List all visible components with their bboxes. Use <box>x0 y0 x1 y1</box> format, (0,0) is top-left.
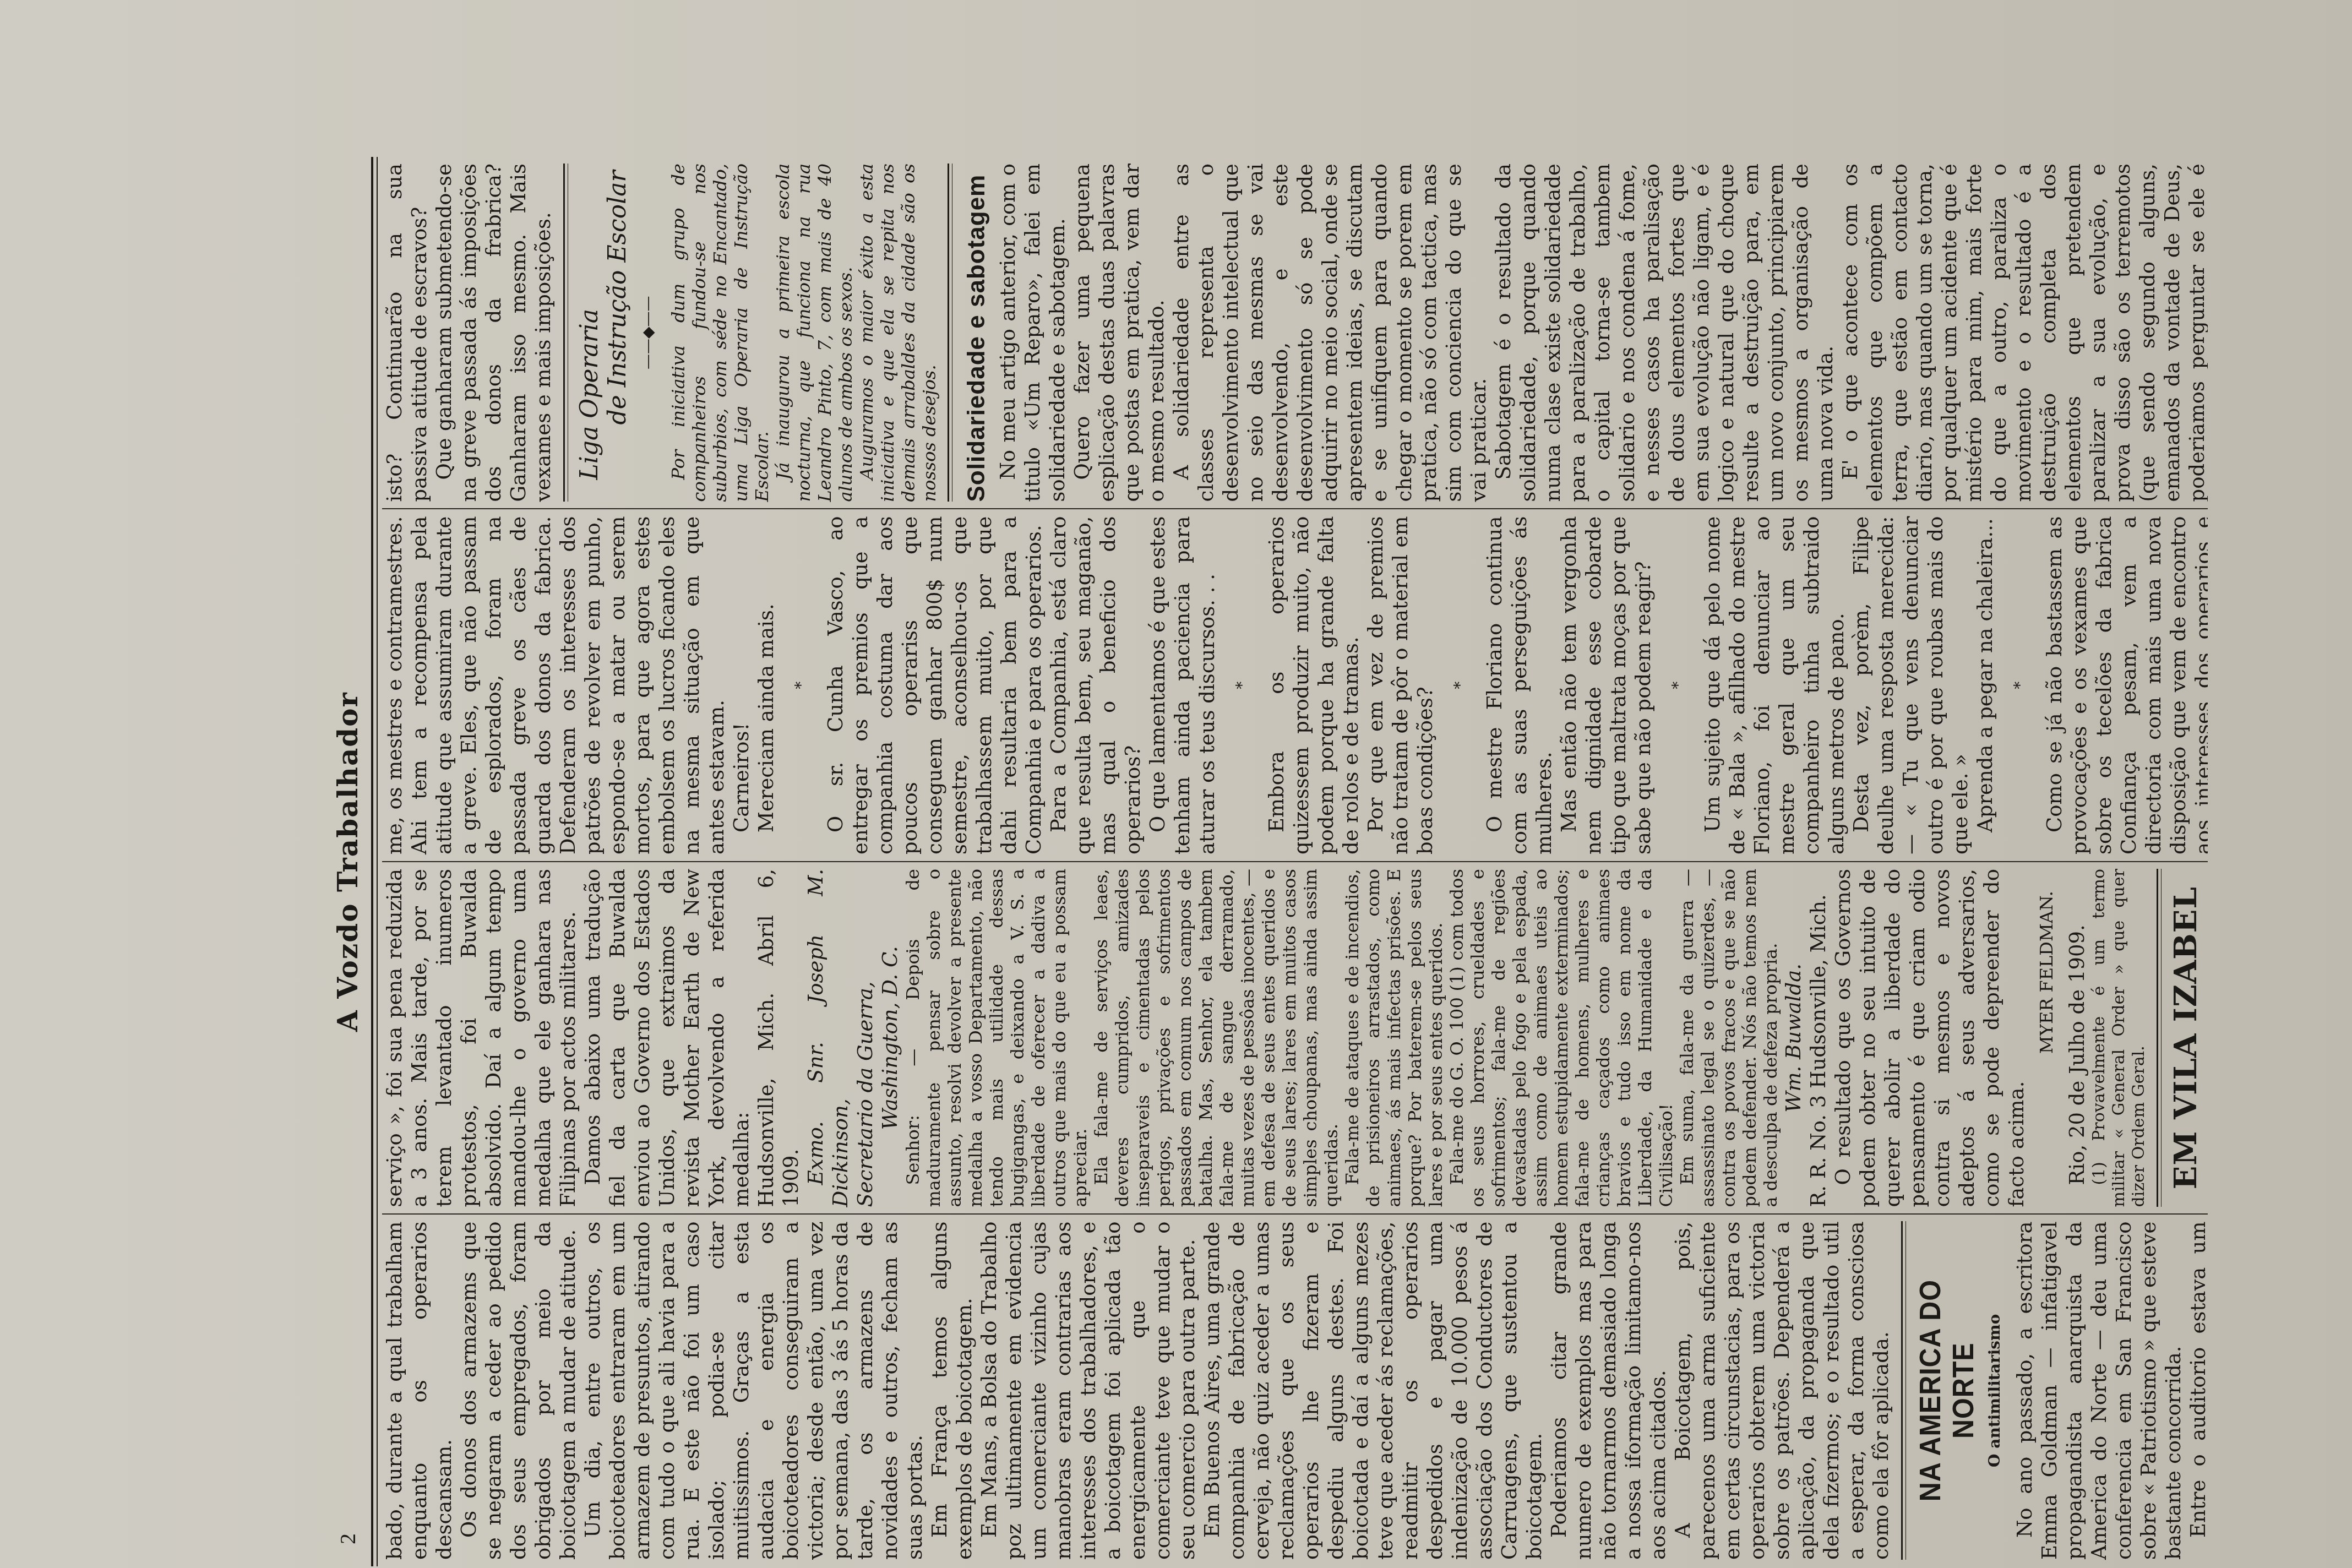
letter-paragraph: Senhor: — Depois de maduramente pensar s… <box>902 869 1091 1207</box>
article-divider <box>1901 1222 1906 1560</box>
letter-addressee: Washington, D. C. <box>878 869 902 1207</box>
paragraph: Continua peiorando cada vez mais a situa… <box>2204 869 2208 1207</box>
paragraph: Que ganharam submetendo-se na greve pass… <box>432 164 556 502</box>
paragraph: E' o que acontece com os elementos que c… <box>1838 164 2208 502</box>
letter-paragraph: Ela fala-me de serviços leaes, deveres c… <box>1091 869 1342 1207</box>
paragraph: Embora os operarios quizessem produzir m… <box>1264 516 1363 855</box>
section-divider <box>948 164 952 502</box>
footnote: (1) Provavelmente é um termo militar « G… <box>2089 869 2149 1207</box>
masthead-rule <box>371 157 378 1566</box>
paragraph: O sr. Cunha Vasco, ao entregar os premio… <box>823 516 1046 855</box>
paragraph: O que lamentamos é que estes tenham aind… <box>1145 516 1219 855</box>
headline-america-do-norte: NA AMERICA DO NORTE <box>1914 1238 1980 1543</box>
column-1: bado, durante a qual trabalham enquanto … <box>382 1214 2208 1567</box>
letter-addressee: Secretario da Guerra, <box>853 869 878 1207</box>
notice-paragraph: Já inaugurou a primeira escola nocturna,… <box>772 164 856 502</box>
star-separator: * <box>2007 516 2032 855</box>
paragraph: Em Buenos Aires, uma grande companhia de… <box>1200 1222 1547 1560</box>
newspaper-title: A Vozdo Trabalhador <box>331 157 364 1566</box>
paragraph: Em França temos alguns exemplos de boico… <box>927 1222 977 1560</box>
letter-place-date: Hudsonville, Mich. Abril 6, 1909. <box>754 869 803 1207</box>
paragraph: A solidariedade entre as classes represe… <box>1169 164 1491 502</box>
paragraph: Mas então não tem vergonha nem dignidade… <box>1556 516 1656 855</box>
paragraph: No ano passado, a escritora Emma Goldman… <box>2012 1222 2186 1560</box>
ornament-divider: ——◆—— <box>635 164 660 502</box>
paragraph: me, os mestres e contramestres. Ahi tem … <box>382 516 729 855</box>
section-divider <box>563 164 568 502</box>
letter-paragraph: Em suma, fala-me da guerra — assassinato… <box>1676 869 1781 1207</box>
paragraph: A Boicotagem, pois, parecenos uma arma s… <box>1670 1222 1893 1560</box>
letter-paragraph: Fala-me de ataques e de incendios, de pr… <box>1342 869 1446 1207</box>
star-separator: * <box>1447 516 1472 855</box>
letter-paragraph: Fala-me do G. O. 100 (1) com todos os se… <box>1446 869 1676 1207</box>
notice-subtitle: de Instrução Escolar <box>605 164 630 425</box>
letter-signature: Wm. Buwalda. <box>1781 869 1806 1207</box>
paragraph: Em Mans, a Bolsa do Trabalho poz ultimam… <box>977 1222 1200 1560</box>
paragraph: Um sujeito que dá pelo nome de « Bala »,… <box>1700 516 1849 855</box>
star-separator: * <box>1229 516 1254 855</box>
star-separator: * <box>788 516 813 855</box>
column-2: serviço », foi sua pena reduzida a 3 ano… <box>382 861 2208 1214</box>
column-4: isto? Continuarão na sua passiva atitude… <box>382 157 2208 509</box>
letter-addressee: Exmo. Snr. Joseph M. Dickinson, <box>803 869 853 1207</box>
paragraph: Por que em vez de premios não tratam de … <box>1363 516 1438 855</box>
paragraph: No meu artigo anterior, com o titulo «Um… <box>995 164 1070 502</box>
paragraph: Entre o auditorio estava um militar, o q… <box>2186 1222 2208 1560</box>
paragraph: Sabotagem é o resultado da solidariedade… <box>1491 164 1838 502</box>
columns: bado, durante a qual trabalham enquanto … <box>382 157 2208 1566</box>
paragraph: Poderiamos citar grande numero de exempl… <box>1547 1222 1670 1560</box>
paragraph: Aprenda a pegar na chaleira... <box>1973 516 1997 855</box>
paragraph: Como se já não bastassem as provocações … <box>2042 516 2208 855</box>
paragraph: bado, durante a qual trabalham enquanto … <box>382 1222 456 1560</box>
newspaper-page: 2 A Vozdo Trabalhador bado, durante a qu… <box>325 157 2208 1566</box>
headline-solidariedade: Solidariedade e sabotagem <box>960 164 993 502</box>
paragraph: Mereciam ainda mais. <box>754 516 778 855</box>
paragraph: Desta vez, porèm, Filipe deulhe uma resp… <box>1849 516 1973 855</box>
letter-address: R. R. No. 3 Hudsonville, Mich. <box>1806 869 1831 1207</box>
paragraph: Os donos dos armazems que se negaram a c… <box>456 1222 580 1560</box>
star-separator: * <box>1665 516 1690 855</box>
column-3: me, os mestres e contramestres. Ahi tem … <box>382 509 2208 862</box>
paragraph: isto? Continuarão na sua passiva atitude… <box>382 164 432 502</box>
masthead: 2 A Vozdo Trabalhador <box>325 157 378 1566</box>
paragraph: Para a Companhia, está claro que resulta… <box>1046 516 1145 855</box>
paragraph: serviço », foi sua pena reduzida a 3 ano… <box>382 869 580 1207</box>
notice-title: Liga Operaria <box>577 164 602 480</box>
paragraph: O resultado que os Governos podem obter … <box>1831 869 2029 1207</box>
subheadline-antimilitarismo: O antimilitarismo <box>1982 1222 2007 1560</box>
article-divider <box>2157 869 2162 1207</box>
notice-paragraph: Auguramos o maior éxito a esta iniciativ… <box>856 164 940 502</box>
author-signature: MYER FELDMAN. <box>2034 891 2059 1207</box>
headline-vila-izabel: EM VILA IZABEL <box>2169 869 2202 1207</box>
paragraph: Quero fazer uma pequena esplicação desta… <box>1070 164 1169 502</box>
paragraph: Carneiros! <box>729 516 754 855</box>
dateline: Rio, 20 de Julho de 1909. <box>2065 869 2089 1207</box>
notice-paragraph: Por iniciativa dum grupo de companheiros… <box>668 164 772 502</box>
paragraph: O mestre Floriano continua com as suas p… <box>1482 516 1556 855</box>
paragraph: Um dia, entre outros, os boicoteadores e… <box>580 1222 927 1560</box>
paragraph: Damos abaixo uma tradução fiel da carta … <box>580 869 754 1207</box>
